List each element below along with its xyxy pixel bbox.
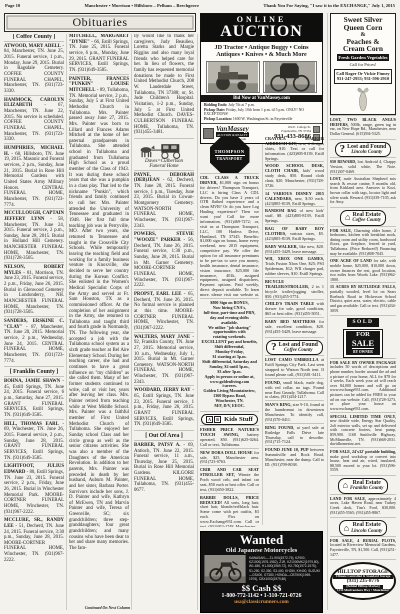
motorcycle-photo [203, 555, 247, 583]
real-estate-franklin-section: ⌂ Real EstateFranklin County [330, 475, 396, 494]
obit-text: - 81, Morrison, TN. June 23, 2015. Funer… [4, 271, 64, 316]
for-sale-sign: FOR SALE BY OWNER [343, 329, 382, 358]
obit-entry: BARBER, PATSY A. - 69, Antioch, TN. June… [134, 440, 194, 494]
obit-continuation: ily would like to thank her caregivers, … [134, 34, 194, 136]
auction-items-line-1: JD Tractor • Antique Buggy • Coins [202, 44, 321, 51]
classified-ad: 14 VARIOUS DISNEY 2015 CALENDARS, new, $… [265, 189, 324, 207]
obituary-column-1: [ Coffee County ] ATWOOD, MARY ADELL - 8… [4, 34, 64, 610]
newspaper-page: Page 10 Manchester • Morrison • Hillsbor… [0, 0, 400, 614]
wanted-email: usa@classicrunners.com [201, 599, 322, 605]
classified-ad: BICYCLE TRAILER/STROLLER, 2 in 1 bicycle… [265, 277, 324, 300]
classified-column-4: THOMPSON TRANSPORT CDL CLASS A TRUCK DRI… [200, 137, 259, 527]
ad-text: Trials Fusion Xbox One, $25; PS3 Spiderm… [265, 261, 324, 276]
classified-ad: LAND FOR SALE, approximately 4 acres, La… [330, 494, 396, 516]
classified-ad: ONE ACRE OF LAND for sale, with mobile h… [330, 256, 396, 282]
obit-text: - 68, Hillsboro, TN. June 19, 2015. Maso… [4, 152, 64, 208]
obit-text: - 66, Estill Springs, TN. June 25, 2015.… [69, 40, 129, 73]
bidding-ends-label: Bidding Ends: [204, 103, 227, 107]
produce-ad-line-4: Cream Corn [333, 45, 393, 53]
hilltop-storage-ad: HILLTOP STORAGE Climate Controlled & Sta… [330, 559, 396, 600]
for-sale-sign-line-2: SALE [352, 339, 374, 348]
obit-entry: PROPST, EARL LEE - 65, Decherd, TN. June… [134, 289, 194, 332]
produce-ad-contact: Call Roger Or Vickie Finney 931-247-2953… [334, 69, 392, 84]
classified-ad: SPECIAL LIMITED TIME ONLY, new double wi… [330, 412, 396, 447]
obit-entry: PAINTER, FRANCES "PUNKIN" LOUISE MITCHEL… [69, 74, 129, 552]
vanmassey-name: VanMassey [216, 126, 249, 133]
funeral-home-ad: Daves=Culbertson Funeral Home [134, 138, 194, 170]
classified-ad: FOR SALE, Charming older home, 2 bedroom… [330, 226, 396, 257]
classified-ad: BARBIE DOLLS, PRICE REDUCED! All sorts, … [200, 493, 259, 527]
obit-name: BOHNA, JAMIE SHAWN [4, 379, 60, 384]
county-section-header: [ Out Of Area ] [134, 430, 194, 440]
obit-entry: POWERS, STEVIE "WOOZE" PARKER - 56, Dech… [134, 229, 194, 289]
pickup-location-label: Pickup Location: [204, 117, 232, 121]
obit-text: - 89, Tullahoma, TN. Memorial service, 2… [69, 88, 129, 551]
wanted-cash-line: $$ Cash $$ [201, 584, 322, 593]
classified-ad: LOST, TWO BLACK ANGUS HEIFERS, 500lb, ra… [330, 115, 396, 137]
obit-text: - 65, Estill Springs, TN. June 23, 2015.… [134, 388, 194, 427]
auction-photos [201, 61, 322, 93]
classified-ad: NEW DORA DOLL HOUSE for sale, $25, Manch… [200, 448, 259, 466]
classified-ad: FOUND JUNE 10, PUP between Summitville a… [265, 445, 324, 468]
obit-entry: HUMPHRIES, MICHAEL H. - 68, Hillsboro, T… [4, 143, 64, 208]
classified-ad: FOR SALE, 24'x32' portable building, mak… [330, 447, 396, 473]
pickup-location-value: 1600 W. Washington St. in Fayetteville [232, 117, 292, 121]
obit-entry: BOHNA, JAMIE SHAWN - 45, Estill Springs,… [4, 376, 64, 419]
ad-text: located in Riverview Memorial Gardens, F… [330, 542, 396, 556]
produce-ad-banner: Fresh Garden Vegetables [337, 54, 389, 61]
obit-name: PROPST, EARL LEE [134, 292, 181, 297]
column-rule [197, 34, 198, 610]
thompson-transport-logo: THOMPSON TRANSPORT [210, 137, 250, 173]
obit-text: - 69, Antioch, TN. June 22, 2015. Funera… [134, 443, 194, 493]
auction-details: Bidding Ends: July 7th at 7 p.m. Pickup … [201, 102, 322, 123]
section-county: Lincoln County [351, 529, 382, 534]
classified-column-6: Sweet Silver Queen Corn & Peaches & Crea… [330, 13, 396, 612]
question-mark-icon: ? [340, 144, 346, 155]
page-number: Page 10 [5, 3, 20, 8]
horse-carriage-image [137, 141, 191, 159]
obit-text: - 67, Manchester, TN. June 22, 2015. No … [4, 103, 64, 142]
bid-now-bar: Bid Now at VanMassey.com [201, 95, 322, 102]
pickup-date-label: Pickup Date: [204, 108, 225, 112]
ad-text: new double wide, Energy Star Quality, 2x… [330, 418, 396, 446]
obit-entry: HILL, THOMAS EARL - 69, Winchester, TN. … [4, 419, 64, 462]
obit-name: BARBER, PATSY A. [134, 443, 180, 448]
ad-text: partially wooded, level lot on Sears Roe… [330, 289, 396, 313]
auction-ad-title: AUCTION [201, 24, 322, 40]
thompson-logo-line-2: TRANSPORT [217, 157, 243, 161]
pickup-location-line: Pickup Location: 1600 W. Washington St. … [204, 117, 319, 122]
county-section-header: [ Coffee County ] [4, 34, 64, 41]
wanted-motorcycles-ad: Wanted Old Japanese Motorcycles KAWASAKI… [200, 531, 323, 613]
funeral-home-name-2: Funeral Home [149, 164, 178, 170]
obituaries-title: Obituaries [73, 15, 128, 30]
buggy-photo [263, 61, 317, 93]
corn-cob-image [356, 86, 370, 112]
obit-entry: MCCULLOUGH, CAPTAIN JEFFERY LYNN - 58, M… [4, 208, 64, 262]
county-section-header: [ Franklin County ] [4, 366, 64, 376]
obit-text: - 80, Estill Springs, TN. June 23, 2015.… [4, 470, 64, 515]
obit-text: - 51, Decherd, TN. June 24, 2015. Funera… [4, 524, 64, 563]
continued-note: Continued On Next Column [69, 606, 130, 610]
classified-ad: CHILD'S TRAIN TABLE with drawer for sale… [265, 299, 324, 317]
classified-ad: MAN'S RING, size 9-10, found at the laun… [265, 400, 324, 423]
real-estate-badge: ⌂ Real EstateFranklin County [338, 478, 389, 494]
obit-entry: ATWOOD, MARY ADELL - 84, Manchester, TN.… [4, 41, 64, 95]
ad-text: All sorts, long hair, short hair, blonde… [200, 500, 259, 527]
wanted-subtitle: Old Japanese Motorcycles [201, 547, 322, 554]
classified-ad: CRIB AND CAR SEAT STROLLER SET, Winnie t… [200, 465, 259, 492]
real-estate-badge: ⌂ Real EstateCoffee County [340, 210, 386, 226]
obit-text: - 84, Manchester, TN. June 25, 2015. Fun… [4, 44, 64, 94]
classified-ad: FISHER PRICE NATURE'S TOUCH SWING, batte… [200, 425, 259, 448]
column-rule [131, 34, 132, 610]
classified-ad: $50 REWARD, lost Android 4, Chappy Versi… [330, 157, 396, 174]
classified-ad: BABY BED MATTRESS for sale, excellent co… [265, 317, 324, 335]
column-rule [262, 137, 263, 525]
classified-ad: FOR SALE BY OWNER PACKAGE includes 50 wo… [330, 358, 396, 412]
obit-text: - 65, Decherd, TN. June 26, 2015. No for… [134, 292, 194, 331]
obit-name: WALTERS, MARY JANE [134, 335, 190, 340]
tractor-photo [206, 61, 260, 93]
region-line: Manchester • Morrison • Hillsboro – Pelh… [85, 3, 199, 8]
auction-ad-header: ONLINE AUCTION [201, 14, 322, 42]
obit-text: - 92, Franklin County, TN. June 27, 2015… [134, 335, 194, 385]
lost-and-found-badge: ? Lost and FoundCoffee County [266, 340, 323, 356]
bidding-ends-value: July 7th at 7 p.m. [227, 103, 254, 107]
house-icon: ⌂ [345, 213, 350, 222]
obit-text: - 58, Manchester, TN. June 24, 2015. Fun… [4, 217, 64, 262]
abc-blocks-icon: AB [206, 416, 222, 423]
hilltop-address: 1234 Murfreesboro Hwy • Manchester [334, 589, 392, 593]
classified-ad: CRAYOLA MARKER AIRBRUSH KIT, new, it des… [265, 137, 324, 161]
classified-ad: BABY WALKER, like new, $20. (931)455-342… [265, 242, 324, 255]
auction-items-line-2: Antiques • Knives • & Much More [202, 51, 321, 58]
obit-name: ATWOOD, MARY ADELL [4, 44, 61, 49]
obit-entry: LIGHTFOOT, JULIUS EDWARD - 80, Estill Sp… [4, 461, 64, 515]
real-estate-badge: ⌂ Real EstateLincoln County [339, 520, 387, 536]
obituary-column-3: ily would like to thank her caregivers, … [134, 34, 194, 610]
obit-text: - 56, Decherd, TN. June 26, 2015. Funera… [134, 238, 194, 288]
classified-column-5: CRAYOLA MARKER AIRBRUSH KIT, new, it des… [265, 137, 324, 527]
tagline: Thank You For Saying, "I saw it in the E… [263, 3, 395, 8]
thompson-logo-line-1: THOMPSON [215, 149, 245, 156]
classified-ad: BAG OF BABY BOY CLOTHES, various sizes, … [265, 224, 324, 242]
wanted-model-list: KAWASAKI— Z1-900(1972-75), KZ900, KZ1000… [249, 556, 320, 581]
classified-ad: WOOD SCHOOL DESK, CLOTH CHAIR, kids' woo… [265, 161, 324, 188]
classified-ad: CDL CLASS A TRUCK DRIVER, $1,000 sign on… [200, 173, 259, 296]
produce-ad-contact-phones: 931-247-2953; 931-596-2910 [335, 76, 391, 82]
obit-entry: MCCLURE, SR., RANDY LEE - 51, Decherd, T… [4, 515, 64, 563]
obituaries-header-box: Obituaries [4, 13, 196, 32]
ad-text: includes 50 words of descriptions and ph… [330, 364, 396, 411]
classified-ad: FOUND, small black, male dog, with red c… [265, 378, 324, 401]
obit-entry: PAYNE, DEBORAH (DEB)JEAN - 62, Decherd, … [134, 170, 194, 230]
obit-text: - 62, Decherd, TN. June 20, 2015. Funera… [134, 178, 194, 228]
real-estate-coffee-section: ⌂ Real EstateCoffee County [330, 207, 396, 226]
classified-ad: RING FOUND, at yard sale at Rutledge Fal… [265, 423, 324, 446]
obit-name: HILL, THOMAS EARL [4, 422, 59, 427]
obit-entry: MITCHELL, MARGARET "DYNIE" - 66, Estill … [69, 34, 129, 74]
thompson-transport-ad: THOMPSON TRANSPORT [200, 137, 259, 173]
ad-text: Charming older home, 2 bedrooms, kitchen… [330, 228, 396, 256]
classified-ad: LOST, male Australian Shepherd mix searc… [330, 174, 396, 205]
kids-stuff-badge: AB Kids Stuff [201, 414, 258, 425]
pickup-date-line: Pickup Date: Friday, July 10th from 1 p.… [204, 108, 319, 117]
sold-banner: SOLD [347, 318, 380, 326]
obit-entry: WALTERS, MARY JANE - 92, Franklin County… [134, 332, 194, 386]
section-county: Coffee County [352, 218, 381, 223]
section-label: Real Estate [351, 522, 382, 528]
section-county: Franklin County [350, 486, 383, 491]
obit-entry: SANDERS, ERSKINE C. "CLAY" - 87, Manches… [4, 316, 64, 364]
column-rule [327, 13, 328, 610]
page-header: Page 10 Manchester • Morrison • Hillsbor… [5, 3, 395, 8]
wanted-body: KAWASAKI— Z1-900(1972-75), KZ900, KZ1000… [201, 554, 322, 584]
obit-entry: WOODARD, JERRY RAY - 65, Estill Springs,… [134, 385, 194, 428]
ad-text: male Australian Shepherd mix search & re… [330, 176, 396, 204]
classified-ad: LOST CAMO UMBRELLA at Estill Springs Cit… [265, 355, 324, 378]
obit-text: - 45, Estill Springs, TN. June 24, 2015.… [4, 379, 64, 418]
produce-ad-call: Call for Prices! [333, 62, 393, 67]
for-sale-sign-line-3: BY OWNER [352, 348, 374, 354]
lost-and-found-coffee-section: ? Lost and FoundCoffee County [265, 337, 324, 356]
obituary-column-2: MITCHELL, MARGARET "DYNIE" - 66, Estill … [69, 34, 129, 604]
kids-stuff-section: AB Kids Stuff [200, 411, 259, 425]
produce-ad-line-2: Queen Corn [333, 24, 393, 32]
lost-and-found-lincoln-section: ? Lost and FoundLincoln County [330, 139, 396, 158]
kids-stuff-label: Kids Stuff [224, 416, 253, 423]
for-sale-by-owner-sign: SOLD FOR SALE BY OWNER [330, 315, 396, 358]
question-mark-icon: ? [271, 342, 277, 353]
produce-ad: Sweet Silver Queen Corn & Peaches & Crea… [330, 13, 396, 115]
house-icon: ⌂ [344, 524, 349, 533]
obit-text: - 87, Manchester, TN. June 20, 2015. Mem… [4, 325, 64, 364]
realtor-icon [313, 126, 320, 133]
wanted-title: Wanted [201, 533, 322, 547]
section-county: Lincoln County [347, 150, 386, 155]
obit-name: WOODARD, JERRY RAY [134, 388, 191, 393]
cna-hiring-ad: $800 Sign on BONUS, Now hiring CNA's, fu… [200, 298, 259, 409]
real-estate-lincoln-section: ⌂ Real EstateLincoln County [330, 517, 396, 536]
column-rule [66, 34, 67, 610]
ad-lead: BICYCLE TRAILER/STROLLER, [265, 279, 309, 289]
classified-ad: 15 ACRES BY RUTLEDGE FALLS, partially wo… [330, 282, 396, 313]
online-auction-ad: ONLINE AUCTION JD Tractor • Antique Bugg… [200, 13, 323, 144]
house-icon: ⌂ [343, 481, 348, 490]
ad-text: make good workshop or convert into house… [330, 454, 396, 473]
obit-text: - 69, Winchester, TN. June 26, 2015. Fun… [4, 422, 64, 461]
classified-ad: RANDOM BAG of new kids' stuff, $8. (423)… [265, 206, 324, 224]
ad-text: $1,000 sign on bonus for drivers! Thomps… [200, 180, 259, 296]
obit-entry: NELSON, ROBERT MYLES - 81, Morrison, TN.… [4, 262, 64, 316]
lost-and-found-badge: ? Lost and FoundLincoln County [335, 142, 392, 158]
classified-ad: FOR SALE, 4 BURIAL PLOTS, located in Riv… [330, 536, 396, 558]
obit-entry: HAMMOCK, CAROLYN ELIZABETH - 67, Manches… [4, 95, 64, 143]
classified-ad: WII, XBOX ONE GAMES, Trials Fusion Xbox … [265, 254, 324, 277]
section-county: Coffee County [279, 348, 318, 353]
